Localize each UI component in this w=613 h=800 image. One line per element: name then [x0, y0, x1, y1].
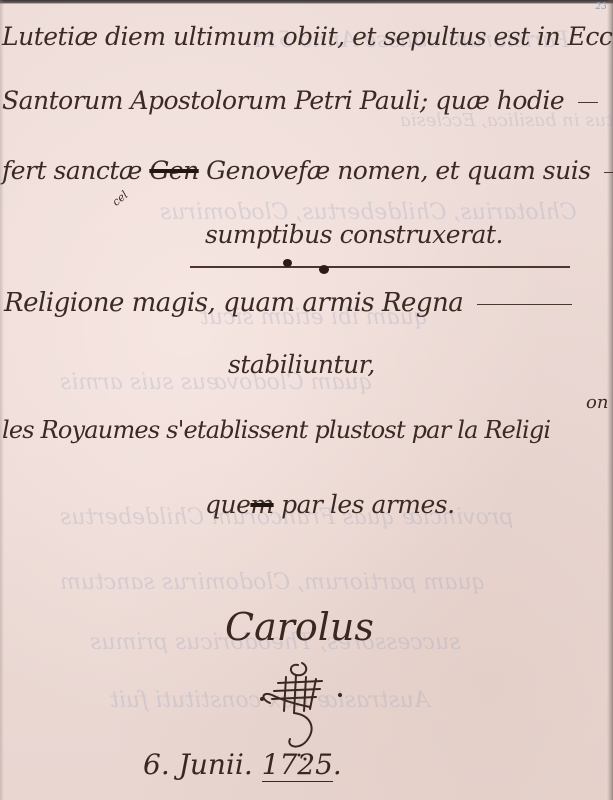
manuscript-line-5: Religione magis, quam armis Regna [4, 290, 572, 316]
line-text: par les armes. [281, 490, 455, 519]
line-text: Genovefæ nomen, et quam suis [206, 156, 590, 185]
date-day-month: 6. Junii. [143, 748, 253, 781]
line-text: sumptibus construxerat. [205, 220, 503, 249]
manuscript-line-7: les Royaumes s'etablissent plustost par … [2, 418, 550, 442]
manuscript-line-2: Santorum Apostolorum Petri Pauli; quæ ho… [2, 88, 598, 113]
superscript-insertion: on [586, 392, 608, 413]
line-text: les Royaumes s'etablissent plustost par … [2, 416, 550, 444]
interlinear-correction: cel [110, 188, 131, 208]
manuscript-page: 23 Parisiorum obiisse Anno 511 sepultus … [0, 0, 613, 800]
struck-out-letter: m [250, 490, 273, 519]
line-text: Religione magis, quam armis Regna [4, 288, 463, 318]
line-text: Lutetiæ diem ultimum obiit, et sepultus … [2, 22, 613, 51]
line-filler-rule [604, 172, 613, 173]
struck-out-word: Gen [149, 156, 198, 185]
line-text: Santorum Apostolorum Petri Pauli; quæ ho… [2, 86, 564, 115]
signature-date: 6. Junii. 1725. [143, 748, 342, 781]
line-text: stabiliuntur, [228, 350, 375, 379]
signature-name: Carolus [225, 605, 374, 649]
line-filler-rule [477, 304, 572, 305]
ink-blot [283, 259, 292, 267]
ink-blot [319, 265, 329, 274]
manuscript-line-1: Lutetiæ diem ultimum obiit, et sepultus … [2, 24, 613, 49]
page-left-edge [0, 0, 4, 800]
manuscript-line-6: stabiliuntur, [228, 352, 375, 377]
bleed-through-text: quam partiorum, Clodomirus sanctum [60, 570, 486, 595]
line-text: fert sanctæ [2, 156, 142, 185]
manuscript-line-4: sumptibus construxerat. [205, 222, 503, 247]
manuscript-line-8: quem par les armes. [205, 492, 455, 517]
line-filler-rule [578, 102, 598, 103]
date-year: 1725 [262, 748, 333, 782]
folio-number: 23 [596, 2, 607, 12]
scan-top-edge [0, 0, 613, 4]
date-terminal-dot: . [333, 748, 342, 781]
line-text: que [205, 490, 250, 519]
section-divider-rule [190, 266, 570, 268]
manuscript-line-3: fert sanctæ Gen Genovefæ nomen, et quam … [2, 158, 613, 183]
